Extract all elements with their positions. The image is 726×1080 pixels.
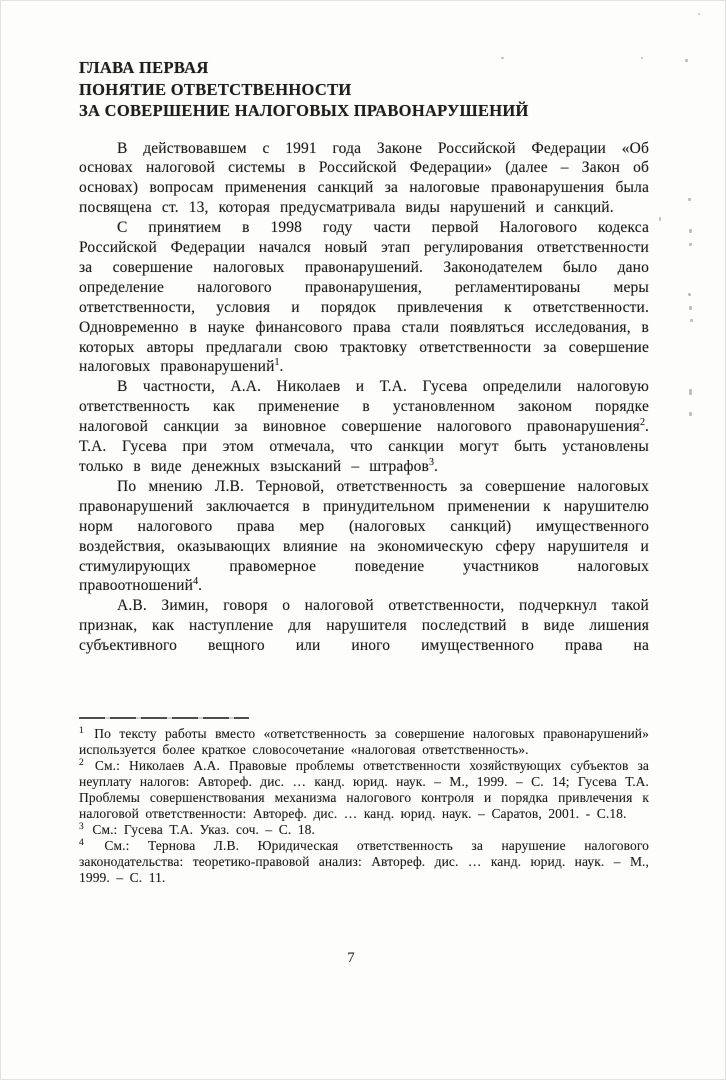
footnote-ref: 2 — [640, 417, 645, 428]
footnote-separator — [79, 717, 249, 719]
scan-speck — [690, 319, 693, 322]
scan-speck — [689, 243, 692, 246]
heading-line: ЗА СОВЕРШЕНИЕ НАЛОГОВЫХ ПРАВОНАРУШЕНИЙ — [79, 100, 649, 122]
scan-speck — [689, 229, 692, 233]
body-paragraph: По мнению Л.В. Терновой, ответственность… — [79, 477, 649, 596]
scan-speck — [689, 389, 692, 395]
footnote-item: 2 См.: Николаев А.А. Правовые проблемы о… — [79, 758, 649, 822]
scan-speck — [698, 13, 700, 15]
body-paragraph: С принятием в 1998 году части первой Нал… — [79, 218, 649, 377]
page-number: 7 — [1, 950, 701, 967]
footnote-item: 4 См.: Тернова Л.В. Юридическая ответств… — [79, 838, 649, 886]
footnote-ref: 4 — [193, 576, 198, 587]
scanned-document-page: ГЛАВА ПЕРВАЯПОНЯТИЕ ОТВЕТСТВЕННОСТИЗА СО… — [0, 0, 726, 1080]
chapter-heading: ГЛАВА ПЕРВАЯПОНЯТИЕ ОТВЕТСТВЕННОСТИЗА СО… — [79, 57, 649, 122]
heading-line: ПОНЯТИЕ ОТВЕТСТВЕННОСТИ — [79, 79, 649, 101]
footnote-marker: 4 — [79, 838, 86, 848]
body-text: В действовавшем с 1991 года Законе Росси… — [79, 139, 649, 657]
footnote-ref: 1 — [275, 357, 280, 368]
scan-speck — [689, 412, 692, 416]
scan-speck — [659, 217, 661, 221]
scan-speck — [501, 57, 504, 59]
footnote-marker: 3 — [79, 822, 86, 832]
footnote-ref: 3 — [429, 457, 434, 468]
footnote-item: 3 См.: Гусева Т.А. Указ. соч. – С. 18. — [79, 822, 649, 838]
heading-line: ГЛАВА ПЕРВАЯ — [79, 57, 649, 79]
footnote-marker: 2 — [79, 758, 86, 768]
scan-speck — [641, 57, 643, 59]
footnote-list: 1 По тексту работы вместо «ответственнос… — [79, 726, 649, 886]
body-paragraph: В частности, А.А. Николаев и Т.А. Гусева… — [79, 377, 649, 477]
scan-speck — [688, 293, 691, 296]
footnote-item: 1 По тексту работы вместо «ответственнос… — [79, 726, 649, 758]
footnote-block: 1 По тексту работы вместо «ответственнос… — [79, 717, 649, 886]
scan-speck — [685, 59, 688, 62]
footnote-marker: 1 — [79, 726, 86, 736]
body-paragraph: В действовавшем с 1991 года Законе Росси… — [79, 139, 649, 219]
main-text-block: ГЛАВА ПЕРВАЯПОНЯТИЕ ОТВЕТСТВЕННОСТИЗА СО… — [79, 57, 649, 656]
scan-speck — [688, 198, 691, 201]
body-paragraph: А.В. Зимин, говоря о налоговой ответстве… — [79, 596, 649, 656]
scan-speck — [689, 306, 692, 310]
